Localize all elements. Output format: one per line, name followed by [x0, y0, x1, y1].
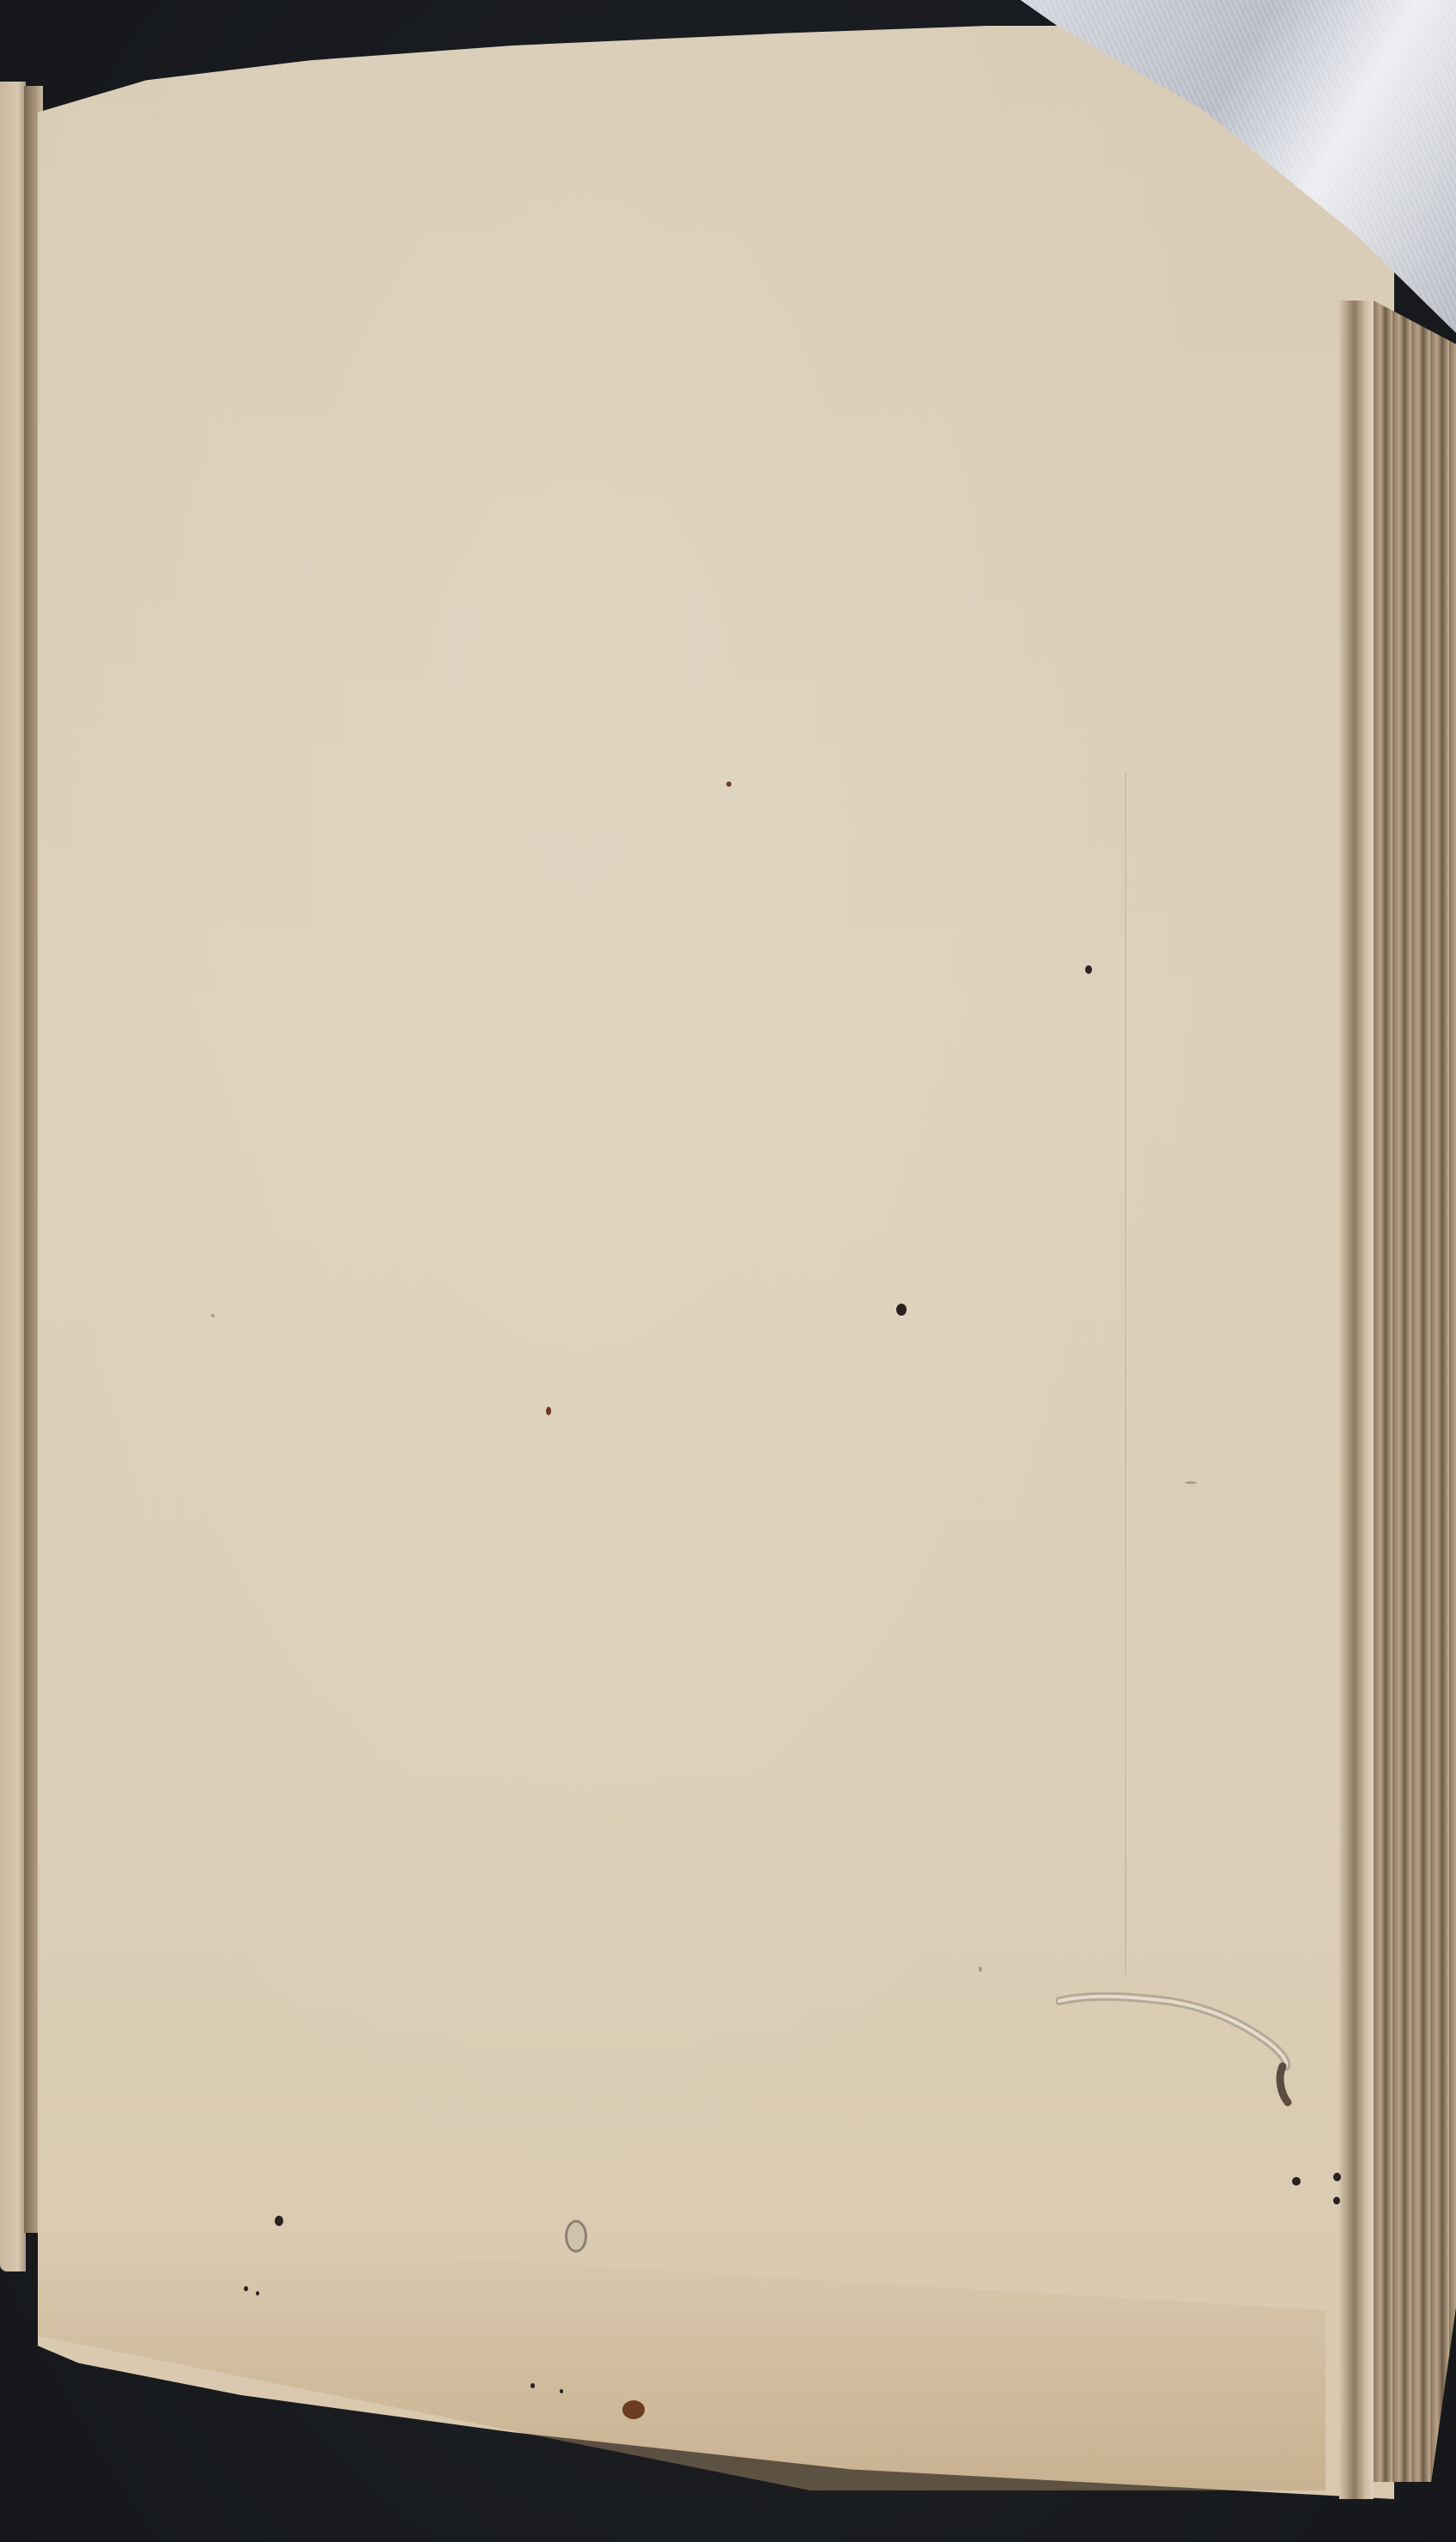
paper-crease: [1125, 773, 1126, 1975]
paper-tear: [1056, 1992, 1313, 2113]
wormhole-ring: [565, 2220, 587, 2253]
photo-scene: [0, 0, 1456, 2542]
wormhole-spot: [1333, 2173, 1341, 2181]
wormhole-spot: [244, 2286, 248, 2291]
wormhole-spot: [896, 1304, 907, 1316]
left-facing-page-edge: [0, 82, 26, 2271]
foxing-spot: [546, 1407, 551, 1415]
foxing-spot: [726, 781, 731, 787]
wormhole-spot: [1292, 2177, 1301, 2186]
right-page-stack: [1374, 301, 1456, 2482]
wormhole-spot: [560, 2389, 563, 2393]
wormhole-spot: [1085, 965, 1092, 974]
blank-page: [38, 26, 1394, 2499]
foxing-spot: [622, 2400, 645, 2419]
wormhole-spot: [256, 2291, 259, 2296]
page-fore-edge: [1339, 301, 1374, 2499]
foxing-spot: [1185, 1481, 1197, 1484]
wormhole-spot: [1333, 2197, 1340, 2204]
foxing-spot: [211, 1314, 215, 1317]
wormhole-spot: [531, 2383, 535, 2388]
foxing-spot: [979, 1967, 982, 1972]
wormhole-spot: [275, 2216, 283, 2226]
